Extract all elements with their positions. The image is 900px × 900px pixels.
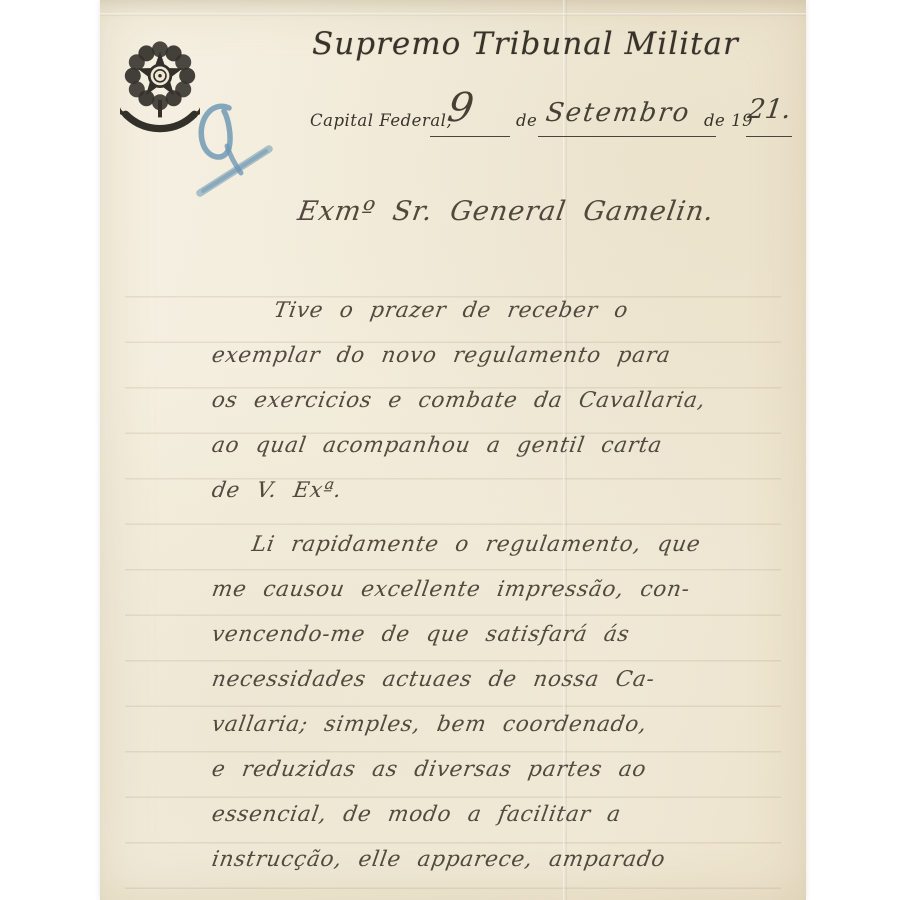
horizontal-fold-crease xyxy=(100,13,806,16)
body-line: necessidades actuaes de nossa Ca- xyxy=(208,657,737,702)
body-line: me causou excellente impressão, con- xyxy=(208,567,737,612)
body-line: Tive o prazer de receber o xyxy=(208,288,737,333)
year-blank-rule xyxy=(746,136,792,137)
day-blank-rule xyxy=(430,136,510,137)
month-blank-rule xyxy=(538,136,716,137)
letterhead-title: Supremo Tribunal Militar xyxy=(312,26,692,62)
body-line: ao qual acompanhou a gentil carta xyxy=(208,423,737,468)
body-line: Li rapidamente o regulamento, que xyxy=(208,522,737,567)
handwritten-month: Setembro xyxy=(544,100,692,126)
body-line: de V. Exª. xyxy=(208,468,737,513)
body-line: exemplar do novo regulamento para xyxy=(208,333,737,378)
letter-page: Supremo Tribunal Militar Capital Federal… xyxy=(100,0,806,900)
body-line: vencendo-me de que satisfará ás xyxy=(208,612,737,657)
handwritten-day: 9 xyxy=(445,88,476,128)
blue-pencil-mark xyxy=(183,96,283,206)
salutation: Exmº Sr. General Gamelin. xyxy=(296,196,761,227)
body-line: essencial, de modo a facilitar a xyxy=(208,792,737,837)
body-line: instrucção, elle apparece, amparado xyxy=(208,837,737,882)
place-label: Capital Federal, xyxy=(310,111,452,130)
handwritten-year: 21. xyxy=(746,96,793,123)
body-line: vallaria; simples, bem coordenado, xyxy=(208,702,737,747)
dateline: Capital Federal, 9 de Setembro de 19 21. xyxy=(308,86,796,146)
body-line: e reduzidas as diversas partes ao xyxy=(208,747,737,792)
de-label: de xyxy=(516,111,537,130)
letter-body: Tive o prazer de receber o exemplar do n… xyxy=(212,288,734,882)
body-line: os exercicios e combate da Cavallaria, xyxy=(208,378,737,423)
